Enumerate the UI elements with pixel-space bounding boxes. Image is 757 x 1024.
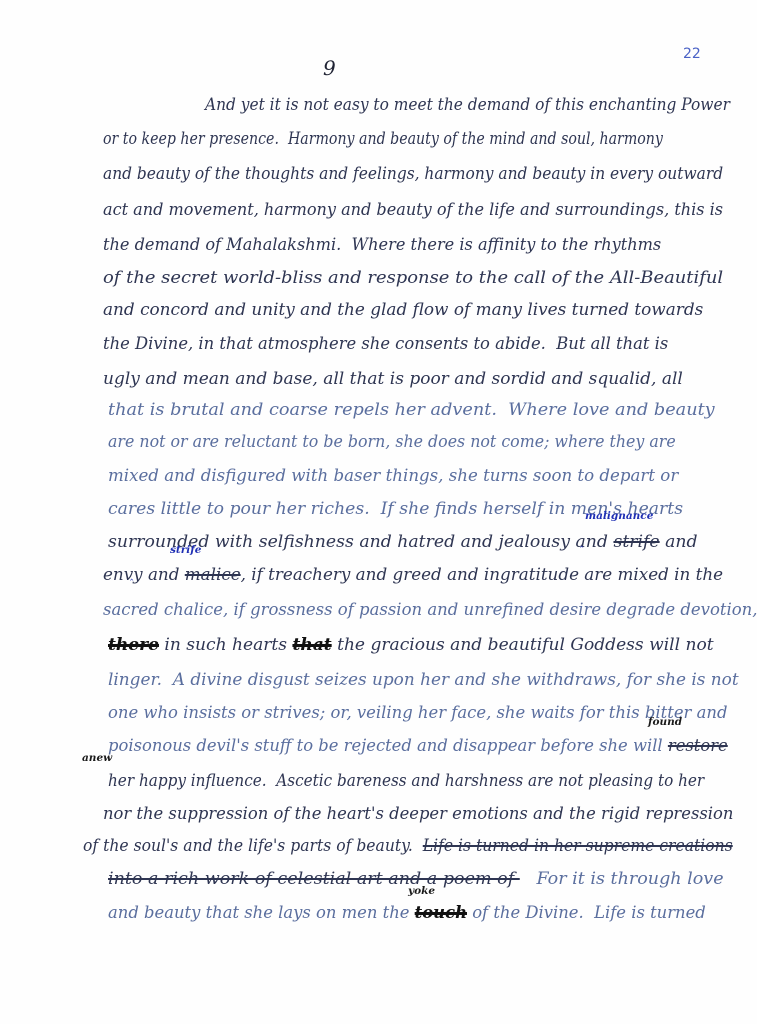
manuscript-line: the Divine, in that atmosphere she conse… [103, 331, 668, 357]
manuscript-line: and beauty that she lays on men the touc… [108, 900, 706, 926]
line-text: linger. A divine disgust seizes upon her… [108, 670, 739, 689]
insertion-malignance: malignance [585, 510, 653, 522]
manuscript-line: And yet it is not easy to meet the deman… [205, 92, 730, 118]
insertion-caret-icon: ‸ [130, 570, 133, 581]
archive-page-number: 22 [683, 46, 701, 62]
page-number: 9 [323, 56, 336, 80]
line-text: nor the suppression of the heart's deepe… [103, 804, 733, 823]
line-text: of the secret world-bliss and response t… [103, 268, 723, 287]
manuscript-page: 9 22 And yet it is not easy to meet the … [0, 0, 757, 1024]
line-text: of the Divine. Life is turned [467, 903, 706, 922]
manuscript-line: mixed and disfigured with baser things, … [108, 463, 678, 489]
manuscript-line: her happy influence. Ascetic bareness an… [108, 768, 704, 794]
manuscript-line: nor the suppression of the heart's deepe… [103, 801, 733, 827]
line-text: act and movement, harmony and beauty of … [103, 200, 723, 219]
line-text: and beauty that she lays on men the [108, 903, 415, 922]
manuscript-line: act and movement, harmony and beauty of … [103, 197, 723, 223]
manuscript-line: or to keep her presence. Harmony and bea… [103, 126, 663, 152]
manuscript-line: the demand of Mahalakshmi. Where there i… [103, 232, 661, 258]
manuscript-line: and concord and unity and the glad flow … [103, 297, 703, 323]
line-text: of the soul's and the life's parts of be… [83, 836, 423, 855]
insertion-found: found [648, 716, 682, 728]
insertion-yoke: yoke [408, 885, 435, 897]
line-text: the Divine, in that atmosphere she conse… [103, 334, 668, 353]
line-text: envy and [103, 565, 185, 584]
insertion-anew: anew [82, 752, 112, 764]
line-text: and [660, 532, 698, 551]
struck-text: malice [185, 565, 241, 584]
line-text: or to keep her presence. Harmony and bea… [103, 129, 663, 148]
line-text: mixed and disfigured with baser things, … [108, 466, 678, 485]
manuscript-line: of the secret world-bliss and response t… [103, 265, 723, 291]
line-text: and concord and unity and the glad flow … [103, 300, 703, 319]
struck-text: restore [668, 736, 728, 755]
manuscript-line: one who insists or strives; or, veiling … [108, 700, 727, 726]
line-text: the gracious and beautiful Goddess will … [332, 635, 714, 654]
struck-text: there [108, 635, 159, 654]
manuscript-line: and beauty of the thoughts and feelings,… [103, 161, 723, 187]
manuscript-line: sacred chalice, if grossness of passion … [103, 597, 757, 623]
line-text: are not or are reluctant to be born, she… [108, 432, 676, 451]
line-text: one who insists or strives; or, veiling … [108, 703, 727, 722]
line-text: her happy influence. Ascetic bareness an… [108, 771, 704, 790]
manuscript-line: that is brutal and coarse repels her adv… [108, 397, 715, 423]
line-text: , if treachery and greed and ingratitude… [241, 565, 723, 584]
line-text: And yet it is not easy to meet the deman… [205, 95, 730, 114]
line-text: in such hearts [159, 635, 292, 654]
struck-text: strife [613, 532, 659, 551]
manuscript-line: of the soul's and the life's parts of be… [83, 833, 733, 859]
line-text: ugly and mean and base, all that is poor… [103, 369, 683, 388]
insertion-strife: strife [170, 544, 201, 556]
line-text: that is brutal and coarse repels her adv… [108, 400, 715, 419]
manuscript-line: there in such hearts that the gracious a… [108, 632, 714, 658]
manuscript-line: linger. A divine disgust seizes upon her… [108, 667, 739, 693]
manuscript-line: ugly and mean and base, all that is poor… [103, 366, 683, 392]
line-text: and beauty of the thoughts and feelings,… [103, 164, 723, 183]
manuscript-line: envy and malice, if treachery and greed … [103, 562, 723, 588]
manuscript-line: poisonous devil's stuff to be rejected a… [108, 733, 728, 759]
struck-text: that [292, 635, 331, 654]
manuscript-line: are not or are reluctant to be born, she… [108, 429, 676, 455]
line-text: sacred chalice, if grossness of passion … [103, 600, 757, 619]
line-text: For it is through love [520, 869, 724, 888]
line-text: poisonous devil's stuff to be rejected a… [108, 736, 668, 755]
line-text: the demand of Mahalakshmi. Where there i… [103, 235, 661, 254]
struck-text: touch [415, 903, 467, 922]
struck-text: Life is turned in her supreme creations [423, 836, 733, 855]
struck-text: into a rich work of celestial art and a … [108, 869, 520, 888]
insertion-caret-icon: ‸ [580, 537, 583, 548]
